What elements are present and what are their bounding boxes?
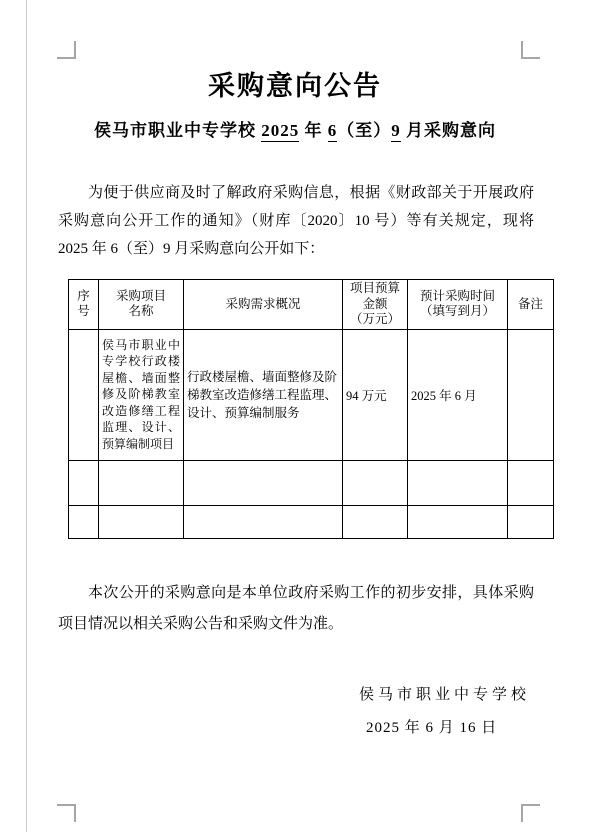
cell-seq: [69, 329, 99, 460]
cell-seq: [69, 460, 99, 505]
cell-time: [408, 505, 508, 538]
subtitle-school: 侯马市职业中专学校: [94, 121, 261, 140]
cell-note: [508, 505, 554, 538]
cell-demand: [184, 460, 343, 505]
subtitle-year-label: 年: [299, 121, 328, 140]
header-project-name: 采购项目 名称: [99, 280, 184, 330]
cell-note: [508, 460, 554, 505]
cell-budget: 94 万元: [343, 329, 408, 460]
cell-seq: [69, 505, 99, 538]
header-budget: 项目预算 金额 （万元）: [343, 280, 408, 330]
text-boundary-mark-top-left: [57, 41, 76, 59]
signature-org: 侯马市职业中专学校: [359, 683, 530, 704]
cell-time: [408, 460, 508, 505]
intro-paragraph: 为便于供应商及时了解政府采购信息，根据《财政部关于开展政府采购意向公开工作的通知…: [58, 179, 534, 263]
page-title: 采购意向公告: [0, 64, 590, 103]
cell-project-name: [99, 460, 184, 505]
subtitle-month-from: 6: [328, 121, 338, 142]
cell-time: 2025 年 6 月: [408, 329, 508, 460]
subtitle-suffix: 月采购意向: [401, 121, 496, 140]
cell-project-name: 侯马市职业中专学校行政楼屋檐、墙面整修及阶梯教室改造修缮工程监理、设计、预算编制…: [99, 329, 184, 460]
cell-project-name: [99, 505, 184, 538]
cell-note: [508, 329, 554, 460]
cell-demand: [184, 505, 343, 538]
header-seq: 序 号: [69, 280, 99, 330]
table-row: [69, 460, 554, 505]
subtitle-year: 2025: [261, 121, 299, 142]
subtitle-to-label: （至）: [337, 121, 391, 140]
text-boundary-mark-bottom-right: [521, 804, 540, 822]
signature-date: 2025 年 6 月 16 日: [366, 716, 497, 737]
table-row: [69, 505, 554, 538]
cell-budget: [343, 460, 408, 505]
cell-demand: 行政楼屋檐、墙面整修及阶梯教室改造修缮工程监理、设计、预算编制服务: [184, 329, 343, 460]
document-page: 采购意向公告 侯马市职业中专学校 2025 年 6（至）9 月采购意向 为便于供…: [0, 0, 590, 832]
text-boundary-mark-bottom-left: [57, 804, 76, 822]
closing-paragraph: 本次公开的采购意向是本单位政府采购工作的初步安排，具体采购项目情况以相关采购公告…: [58, 578, 534, 640]
procurement-intent-table: 序 号 采购项目 名称 采购需求概况 项目预算 金额 （万元） 预计采购时间 （…: [68, 279, 554, 539]
header-note: 备注: [508, 280, 554, 330]
header-demand: 采购需求概况: [184, 280, 343, 330]
subtitle-month-to: 9: [391, 121, 401, 142]
table-row: 侯马市职业中专学校行政楼屋檐、墙面整修及阶梯教室改造修缮工程监理、设计、预算编制…: [69, 329, 554, 460]
header-time: 预计采购时间 （填写到月）: [408, 280, 508, 330]
page-subtitle: 侯马市职业中专学校 2025 年 6（至）9 月采购意向: [0, 116, 590, 141]
text-boundary-mark-top-right: [521, 41, 540, 59]
table-header-row: 序 号 采购项目 名称 采购需求概况 项目预算 金额 （万元） 预计采购时间 （…: [69, 280, 554, 330]
cell-budget: [343, 505, 408, 538]
